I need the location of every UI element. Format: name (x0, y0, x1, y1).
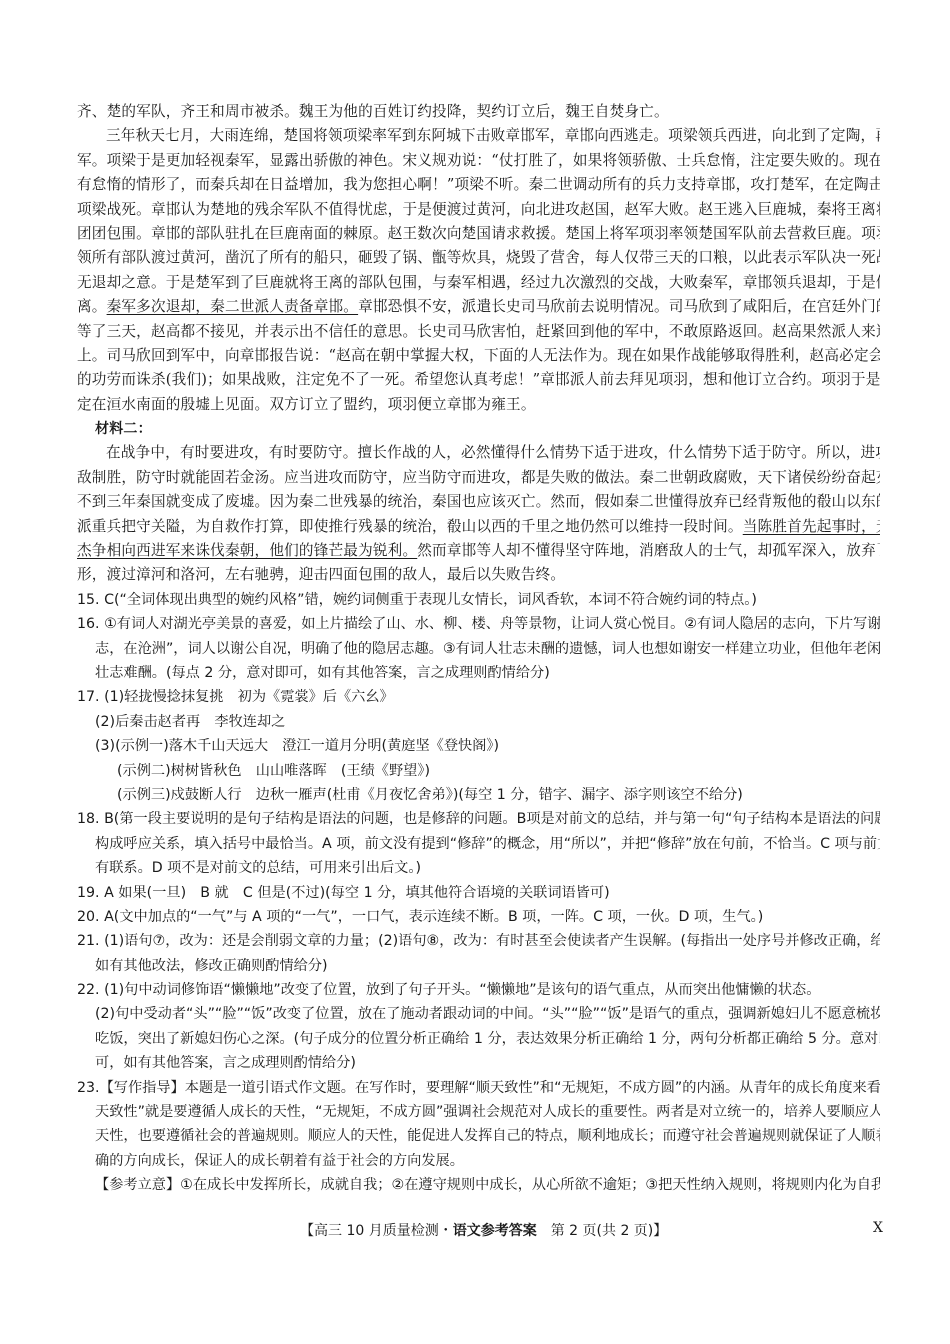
answer-15: 15. C(“全词体现出典型的婉约风格”错，婉约词侧重于表现儿女情长，词风香软，… (77, 588, 880, 612)
text-line: 上。司马欣回到军中，向章邯报告说：“赵高在朝中掌握大权，下面的人无法作为。现在如… (77, 344, 880, 368)
text-line: 离。秦军多次退却，秦二世派人责备章邯。章邯恐惧不安，派遣长史司马欣前去说明情况。… (77, 295, 880, 319)
text-line: 敌制胜，防守时就能固若金汤。应当进攻而防守，应当防守而进攻，都是失败的做法。秦二… (77, 466, 880, 490)
text-segment: 离。 (77, 298, 107, 315)
answer-key: 15. C(“全词体现出典型的婉约风格”错，婉约词侧重于表现儿女情长，词风香软，… (77, 588, 880, 1198)
text-line: 齐、楚的军队，齐王和周市被杀。魏王为他的百姓订约投降，契约订立后，魏王自焚身亡。 (77, 100, 880, 124)
text-line: 不到三年秦国就变成了废墟。因为秦二世残暴的统治，秦国也应该灭亡。然而，假如秦二世… (77, 490, 880, 514)
text-line: 的功劳而诛杀(我们)；如果战败，注定免不了一死。希望您认真考虑！”章邯派人前去拜… (77, 368, 880, 392)
text-line: 项梁战死。章邯认为楚地的残余军队不值得忧虑，于是便渡过黄河，向北进攻赵国，赵军大… (77, 198, 880, 222)
material-two: 材料二： 在战争中，有时要进攻，有时要防守。擅长作战的人，必然懂得什么情势下适于… (77, 417, 880, 588)
underlined-sentence: 秦军多次退却，秦二世派人责备章邯。 (107, 298, 359, 315)
text-line: 军。项梁于是更加轻视秦军，显露出骄傲的神色。宋义规劝说：“仗打胜了，如果将领骄傲… (77, 149, 880, 173)
answer-16-cont: 壮志难酬。(每点 2 分，意对即可，如有其他答案，言之成理则酌情给分) (77, 661, 880, 685)
text-line: 无退却之意。于是楚军到了巨鹿就将王离的部队包围，与秦军相遇，经过九次激烈的交战，… (77, 271, 880, 295)
text-line: 领所有部队渡过黄河，凿沉了所有的船只，砸毁了锅、甑等炊具，烧毁了营舍，每人仅带三… (77, 246, 880, 270)
text-line: 形，渡过漳河和洛河，左右驰骋，迎击四面包围的敌人，最后以失败告终。 (77, 563, 880, 587)
answer-17: 17. (1)轻拢慢捻抹复挑 初为《霓裳》后《六幺》 (77, 685, 880, 709)
answer-16: 16. ①有词人对湖光亭美景的喜爱，如上片描绘了山、水、柳、楼、舟等景物，让词人… (77, 612, 880, 636)
section-heading: 材料二： (77, 417, 880, 441)
document-page: 齐、楚的军队，齐王和周市被杀。魏王为他的百姓订约投降，契约订立后，魏王自焚身亡。… (77, 100, 880, 1198)
material-one-translation: 齐、楚的军队，齐王和周市被杀。魏王为他的百姓订约投降，契约订立后，魏王自焚身亡。… (77, 100, 880, 417)
answer-23: 23.【写作指导】本题是一道引语式作文题。在写作时，要理解“顺天致性”和“无规矩… (77, 1076, 880, 1100)
answer-22-cont: 吃饭，突出了新媳妇伤心之深。(句子成分的位置分析正确给 1 分，表达效果分析正确… (77, 1027, 880, 1051)
text-segment: 然而章邯等人却不懂得坚守阵地，消磨敌人的士气，却孤军深入，放弃了险要地 (417, 542, 880, 559)
answer-18: 18. B(第一段主要说明的是句子结构是语法的问题，也是修辞的问题。B项是对前文… (77, 807, 880, 831)
answer-20: 20. A(文中加点的“一气”与 A 项的“一气”，一口气，表示连续不断。B 项… (77, 905, 880, 929)
answer-17-example3: (示例三)戍鼓断人行 边秋一雁声(杜甫《月夜忆舍弟》)(每空 1 分，错字、漏字… (77, 783, 880, 807)
answer-23-cont: 确的方向成长，保证人的成长朝着有益于社会的方向发展。 (77, 1149, 880, 1173)
text-line: 定在洹水南面的殷墟上见面。双方订立了盟约，项羽便立章邯为雍王。 (77, 393, 880, 417)
answer-21-cont: 如有其他改法，修改正确则酌情给分) (77, 954, 880, 978)
footer-title: 语文参考答案 (453, 1223, 537, 1239)
text-line: 派重兵把守关隘，为自救作打算，即使推行残暴的统治，殽山以西的千里之地仍然可以维持… (77, 515, 880, 539)
answer-18-cont: 有联系。D 项不是对前文的总结，可用来引出后文。) (77, 856, 880, 880)
footer-page-number: 第 2 页(共 2 页)】 (537, 1223, 668, 1239)
underlined-sentence: 当陈胜首先起事时，天下的豪 (743, 518, 880, 535)
answer-21: 21. (1)语句⑦，改为：还是会削弱文章的力量；(2)语句⑧，改为：有时甚至会… (77, 929, 880, 953)
answer-17-part3: (3)(示例一)落木千山天远大 澄江一道月分明(黄庭坚《登快阁》) (77, 734, 880, 758)
text-line: 三年秋天七月，大雨连绵，楚国将领项梁率军到东阿城下击败章邯军，章邯向西逃走。项梁… (77, 124, 880, 148)
text-line: 团团包围。章邯的部队驻扎在巨鹿南面的棘原。赵王数次向楚国请求救援。楚国上将军项羽… (77, 222, 880, 246)
answer-23-cont: 天致性”就是要遵循人成长的天性，“无规矩，不成方圆”强调社会规范对人成长的重要性… (77, 1100, 880, 1124)
answer-19: 19. A 如果(一旦) B 就 C 但是(不过)(每空 1 分，填其他符合语境… (77, 881, 880, 905)
answer-23-cont: 天性，也要遵循社会的普遍规则。顺应人的天性，能促进人发挥自己的特点，顺利地成长；… (77, 1124, 880, 1148)
page-footer: 【高三 10 月质量检测・语文参考答案 第 2 页(共 2 页)】 X (300, 1220, 880, 1240)
text-line: 等了三天，赵高都不接见，并表示出不信任的意思。长史司马欣害怕，赶紧回到他的军中，… (77, 320, 880, 344)
text-line: 在战争中，有时要进攻，有时要防守。擅长作战的人，必然懂得什么情势下适于进攻，什么… (77, 441, 880, 465)
answer-23-reference: 【参考立意】①在成长中发挥所长，成就自我；②在遵守规则中成长，从心所欲不逾矩；③… (77, 1173, 880, 1197)
underlined-sentence: 杰争相向西进军来诛伐秦朝，他们的锋芒最为锐利。 (77, 542, 417, 559)
answer-22-cont: 可，如有其他答案，言之成理则酌情给分) (77, 1051, 880, 1075)
text-line: 有怠惰的情形了，而秦兵却在日益增加，我为您担心啊！”项梁不听。秦二世调动所有的兵… (77, 173, 880, 197)
text-line: 杰争相向西进军来诛伐秦朝，他们的锋芒最为锐利。然而章邯等人却不懂得坚守阵地，消磨… (77, 539, 880, 563)
text-segment: 派重兵把守关隘，为自救作打算，即使推行残暴的统治，殽山以西的千里之地仍然可以维持… (77, 518, 743, 535)
answer-17-part2: (2)后秦击赵者再 李牧连却之 (77, 710, 880, 734)
answer-18-cont: 构成呼应关系，填入括号中最恰当。A 项，前文没有提到“修辞”的概念，用“所以”，… (77, 832, 880, 856)
footer-mark: X (873, 1220, 883, 1236)
text-segment: 章邯恐惧不安，派遣长史司马欣前去说明情况。司马欣到了咸阳后，在宫廷外门的司马门 (358, 298, 880, 315)
answer-17-example2: (示例二)树树皆秋色 山山唯落晖 (王绩《野望》) (77, 759, 880, 783)
answer-22: 22. (1)句中动词修饰语“懒懒地”改变了位置，放到了句子开头。“懒懒地”是该… (77, 978, 880, 1002)
answer-22-part2: (2)句中受动者“头”“脸”“饭”改变了位置，放在了施动者跟动词的中间。“头”“… (77, 1002, 880, 1026)
answer-16-cont: 志，在沧洲”，词人以谢公自况，明确了他的隐居志趣。③有词人壮志未酬的遗憾，词人也… (77, 637, 880, 661)
footer-left: 【高三 10 月质量检测・ (300, 1223, 453, 1239)
